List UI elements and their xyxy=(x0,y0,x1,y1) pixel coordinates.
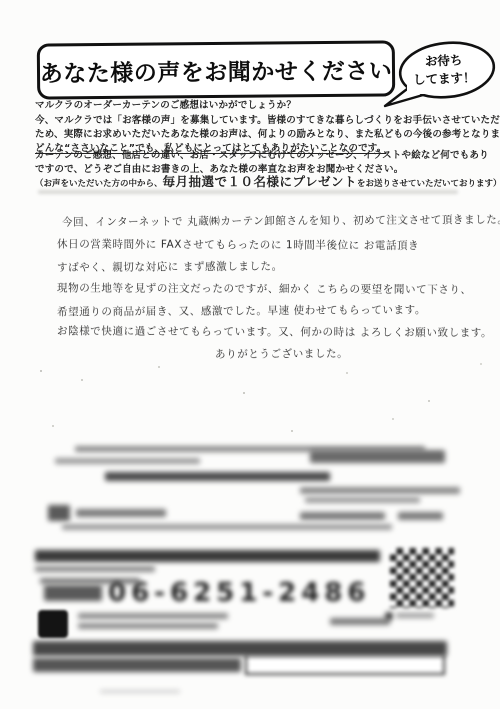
intro-line: ため、実際にお求めいただいたあなた様のお声は、何よりの励みとなり、また私どもの今… xyxy=(35,126,500,140)
qr-code xyxy=(390,548,454,608)
prize-line: （お声をいただいた方の中から、毎月抽選で１０名様にプレゼントをお送りさせていただ… xyxy=(35,171,500,190)
blurred-text-bar xyxy=(105,472,330,481)
scanned-feedback-sheet: あなた様の声をお聞かせください お待ち してます！ マルクラのオーダーカーテンの… xyxy=(0,0,500,709)
blurred-name-field xyxy=(310,450,445,463)
blurred-text-bar xyxy=(78,623,218,629)
bubble-line-2: してます！ xyxy=(404,69,485,90)
blurred-text-bar xyxy=(300,512,385,520)
handwriting-line: 今回、インターネットで 丸蔵㈱カーテン卸館さんを知り、初めて注文させて頂きました… xyxy=(62,212,500,230)
handwriting-line: ありがとうございました。 xyxy=(215,346,348,362)
blurred-text-bar xyxy=(330,618,390,625)
blurred-text-bar xyxy=(62,524,392,530)
handwriting-line: 希望通りの商品が届き、又、感激でした。早速 使わせてもらっています。 xyxy=(57,302,426,319)
blurred-fax-label xyxy=(44,585,102,601)
handwriting-line: お陰様で快適に過ごさせてもらっています。又、何かの時は よろしくお願い致します。 xyxy=(57,323,492,340)
blurred-text-bar xyxy=(35,566,155,572)
fax-number: 06-6251-2486 xyxy=(108,578,371,608)
header-title-box: あなた様の声をお聞かせください xyxy=(37,40,395,99)
blurred-text-bar xyxy=(78,613,228,619)
prize-text-pre: （お声をいただいた方の中から、 xyxy=(35,179,163,189)
page-title: あなた様の声をお聞かせください xyxy=(40,52,393,88)
blurred-text-bar xyxy=(396,613,434,618)
handwriting-line: 現物の生地等を見ずの注文だったのですが、細かく こちらの要望を聞いて下さり、 xyxy=(57,280,472,297)
speech-bubble-text: お待ち してます！ xyxy=(403,51,484,90)
blurred-address-row xyxy=(33,641,447,656)
blurred-text-bar xyxy=(305,497,420,503)
intro-line: 今、マルクラでは「お客様の声」を募集しています。皆様のすてきな暮らしづくりをお手… xyxy=(35,112,500,126)
handwriting-line: 休日の営業時間外に FAXさせてもらったのに 1時間半後位に お電話頂き xyxy=(57,236,419,253)
faint-scan-line xyxy=(38,190,458,194)
handwriting-line: すばやく、親切な対応に まず感激しました。 xyxy=(57,258,283,274)
prize-text-post: をお送りさせていただいております） xyxy=(357,179,500,189)
company-logo-block xyxy=(38,610,68,638)
blurred-text-bar xyxy=(300,487,460,494)
blurred-dot xyxy=(385,612,393,620)
prize-text-big: 毎月抽選で１０名様にプレゼント xyxy=(163,174,358,189)
blurred-text-bar xyxy=(398,512,443,520)
intro-line: カーテンのご感想、他店との違い、お店・スタッフにむけてのメッセージ、イラストや絵… xyxy=(35,147,489,161)
blurred-text-bar xyxy=(55,458,200,464)
blurred-white-box xyxy=(245,655,445,675)
blurred-label-block xyxy=(48,505,70,521)
faint-scan-mark xyxy=(100,690,180,693)
blurred-address-row xyxy=(33,658,241,672)
blurred-text-bar xyxy=(76,509,166,517)
scan-noise xyxy=(40,370,42,372)
blurred-company-heading xyxy=(35,550,380,562)
intro-line: マルクラのオーダーカーテンのご感想はいかがでしょうか？ xyxy=(35,97,296,111)
